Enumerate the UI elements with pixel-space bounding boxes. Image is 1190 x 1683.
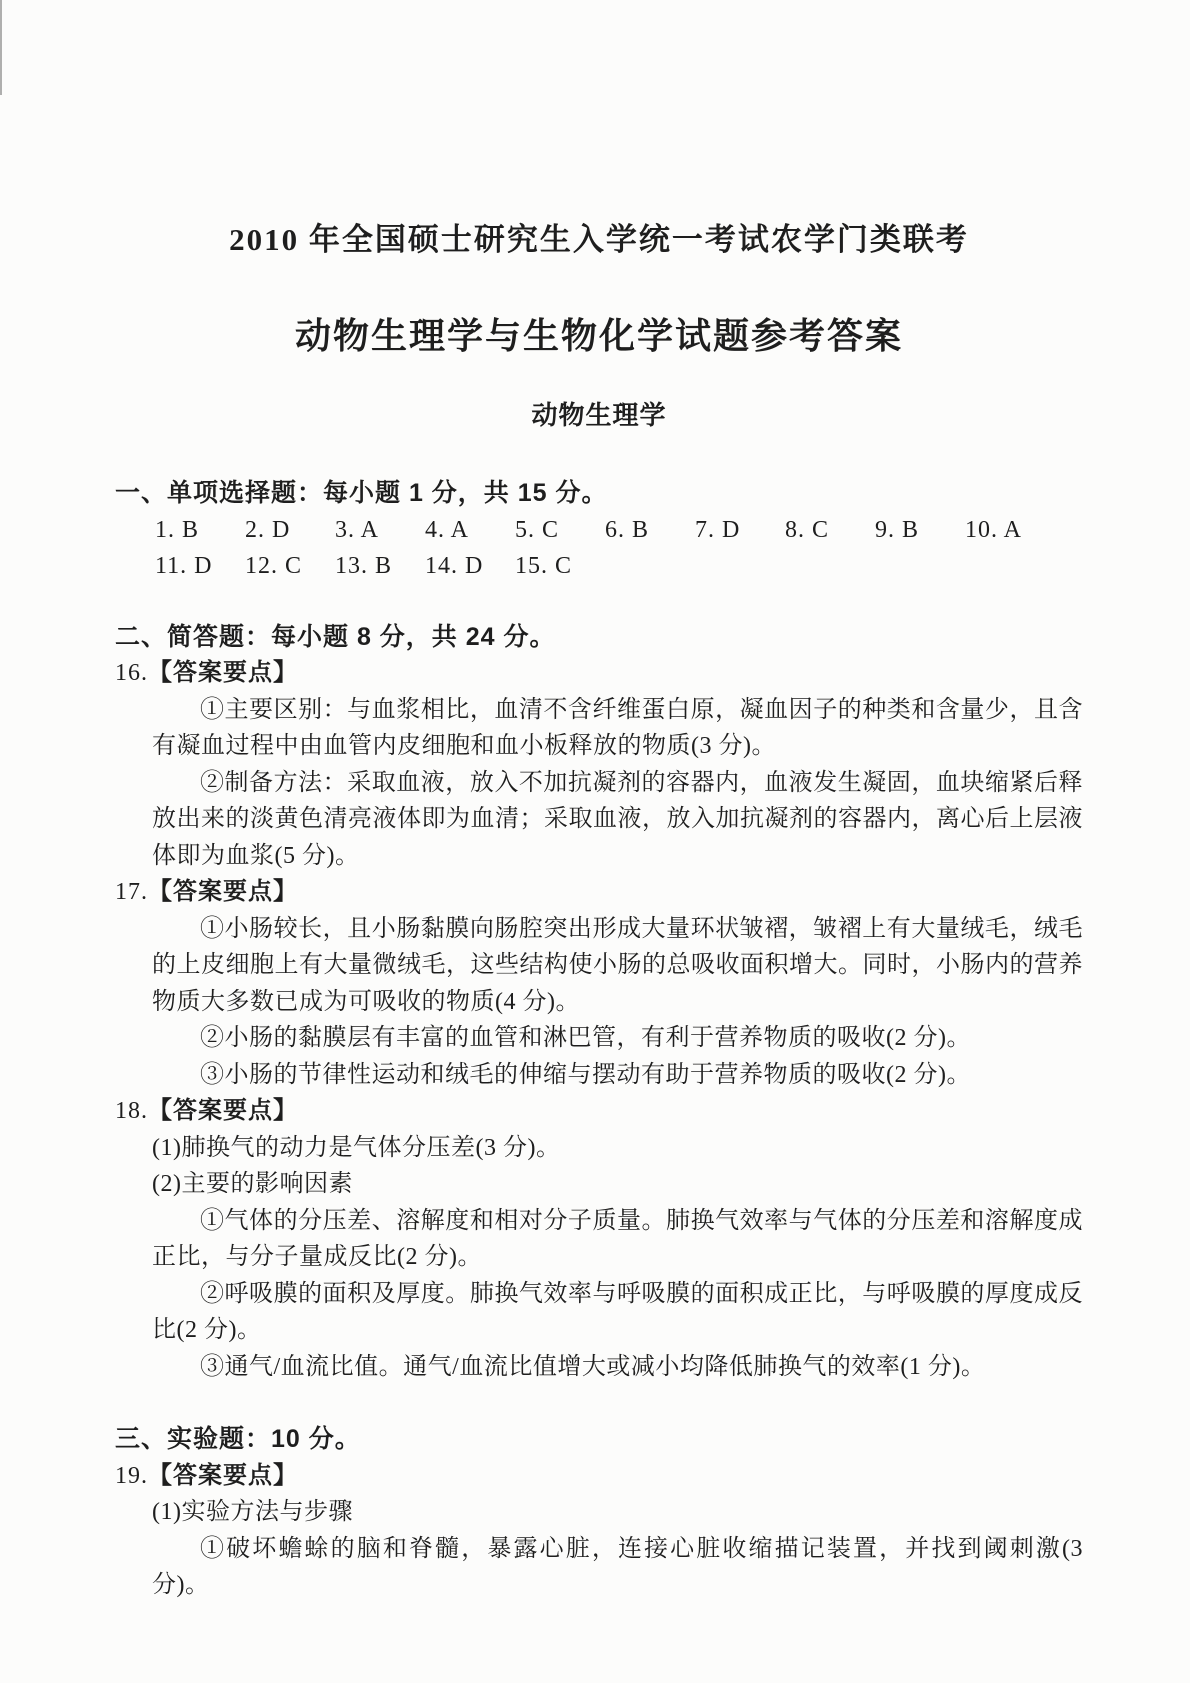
- paragraph: ②制备方法：采取血液，放入不加抗凝剂的容器内，血液发生凝固，血块缩紧后释放出来的…: [152, 765, 1083, 875]
- answer-item: 2. D: [245, 512, 335, 549]
- qa-item: 19.【答案要点】(1)实验方法与步骤①破坏蟾蜍的脑和脊髓，暴露心脏，连接心脏收…: [115, 1458, 1083, 1604]
- paragraph: (2)主要的影响因素: [152, 1166, 1083, 1203]
- paragraph: (1)实验方法与步骤: [152, 1494, 1083, 1531]
- paragraph: ②小肠的黏膜层有丰富的血管和淋巴管，有利于营养物质的吸收(2 分)。: [152, 1020, 1083, 1057]
- answer-key-label: 【答案要点】: [148, 660, 298, 686]
- answer-grid: 1. B2. D3. A4. A5. C6. B7. D8. C9. B10. …: [155, 512, 1083, 585]
- answer-item: 6. B: [605, 512, 695, 549]
- paper-title: 动物生理学与生物化学试题参考答案: [115, 315, 1083, 357]
- sections: 一、单项选择题：每小题 1 分，共 15 分。1. B2. D3. A4. A5…: [115, 475, 1083, 1604]
- item-head: 16.【答案要点】: [115, 655, 1083, 692]
- paragraph: ①主要区别：与血浆相比，血清不含纤维蛋白原，凝血因子的种类和含量少，且含有凝血过…: [152, 692, 1083, 765]
- section-1: 一、单项选择题：每小题 1 分，共 15 分。1. B2. D3. A4. A5…: [115, 475, 1083, 585]
- item-head: 17.【答案要点】: [115, 874, 1083, 911]
- answer-item: 12. C: [245, 548, 335, 585]
- scan-artifact: [0, 0, 2, 95]
- answer-item: 9. B: [875, 512, 965, 549]
- answer-row: 11. D12. C13. B14. D15. C: [155, 548, 1083, 585]
- answer-key-label: 【答案要点】: [148, 879, 298, 905]
- answer-item: 15. C: [515, 548, 605, 585]
- document-page: 2010 年全国硕士研究生入学统一考试农学门类联考 动物生理学与生物化学试题参考…: [0, 0, 1190, 1683]
- paragraph: ③小肠的节律性运动和绒毛的伸缩与摆动有助于营养物质的吸收(2 分)。: [152, 1057, 1083, 1094]
- paragraph: ①气体的分压差、溶解度和相对分子质量。肺换气效率与气体的分压差和溶解度成正比，与…: [152, 1203, 1083, 1276]
- item-head: 19.【答案要点】: [115, 1458, 1083, 1495]
- answer-item: 11. D: [155, 548, 245, 585]
- section-heading: 一、单项选择题：每小题 1 分，共 15 分。: [115, 475, 1083, 512]
- qa-item: 16.【答案要点】①主要区别：与血浆相比，血清不含纤维蛋白原，凝血因子的种类和含…: [115, 655, 1083, 874]
- answer-item: 8. C: [785, 512, 875, 549]
- section-3: 三、实验题：10 分。19.【答案要点】(1)实验方法与步骤①破坏蟾蜍的脑和脊髓…: [115, 1421, 1083, 1604]
- answer-item: 3. A: [335, 512, 425, 549]
- answer-key-label: 【答案要点】: [148, 1098, 298, 1124]
- item-head: 18.【答案要点】: [115, 1093, 1083, 1130]
- section-heading: 二、简答题：每小题 8 分，共 24 分。: [115, 619, 1083, 656]
- qa-item: 18.【答案要点】(1)肺换气的动力是气体分压差(3 分)。(2)主要的影响因素…: [115, 1093, 1083, 1385]
- section-heading: 三、实验题：10 分。: [115, 1421, 1083, 1458]
- answer-item: 10. A: [965, 512, 1055, 549]
- exam-title: 2010 年全国硕士研究生入学统一考试农学门类联考: [115, 222, 1083, 258]
- answer-row: 1. B2. D3. A4. A5. C6. B7. D8. C9. B10. …: [155, 512, 1083, 549]
- item-number: 19.: [115, 1463, 148, 1489]
- answer-item: 13. B: [335, 548, 425, 585]
- answer-item: 5. C: [515, 512, 605, 549]
- subject-heading: 动物生理学: [115, 400, 1083, 430]
- answer-item: 14. D: [425, 548, 515, 585]
- paragraph: ③通气/血流比值。通气/血流比值增大或减小均降低肺换气的效率(1 分)。: [152, 1349, 1083, 1386]
- answer-key-label: 【答案要点】: [148, 1463, 298, 1489]
- paragraph: ②呼吸膜的面积及厚度。肺换气效率与呼吸膜的面积成正比，与呼吸膜的厚度成反比(2 …: [152, 1276, 1083, 1349]
- item-number: 17.: [115, 879, 148, 905]
- paragraph: ①小肠较长，且小肠黏膜向肠腔突出形成大量环状皱褶，皱褶上有大量绒毛，绒毛的上皮细…: [152, 911, 1083, 1021]
- document-content: 2010 年全国硕士研究生入学统一考试农学门类联考 动物生理学与生物化学试题参考…: [115, 222, 1083, 1604]
- paragraph: ①破坏蟾蜍的脑和脊髓，暴露心脏，连接心脏收缩描记装置，并找到阈刺激(3 分)。: [152, 1531, 1083, 1604]
- paragraph: (1)肺换气的动力是气体分压差(3 分)。: [152, 1130, 1083, 1167]
- section-2: 二、简答题：每小题 8 分，共 24 分。16.【答案要点】①主要区别：与血浆相…: [115, 619, 1083, 1386]
- answer-item: 4. A: [425, 512, 515, 549]
- answer-item: 1. B: [155, 512, 245, 549]
- item-number: 16.: [115, 660, 148, 686]
- answer-item: 7. D: [695, 512, 785, 549]
- item-number: 18.: [115, 1098, 148, 1124]
- qa-item: 17.【答案要点】①小肠较长，且小肠黏膜向肠腔突出形成大量环状皱褶，皱褶上有大量…: [115, 874, 1083, 1093]
